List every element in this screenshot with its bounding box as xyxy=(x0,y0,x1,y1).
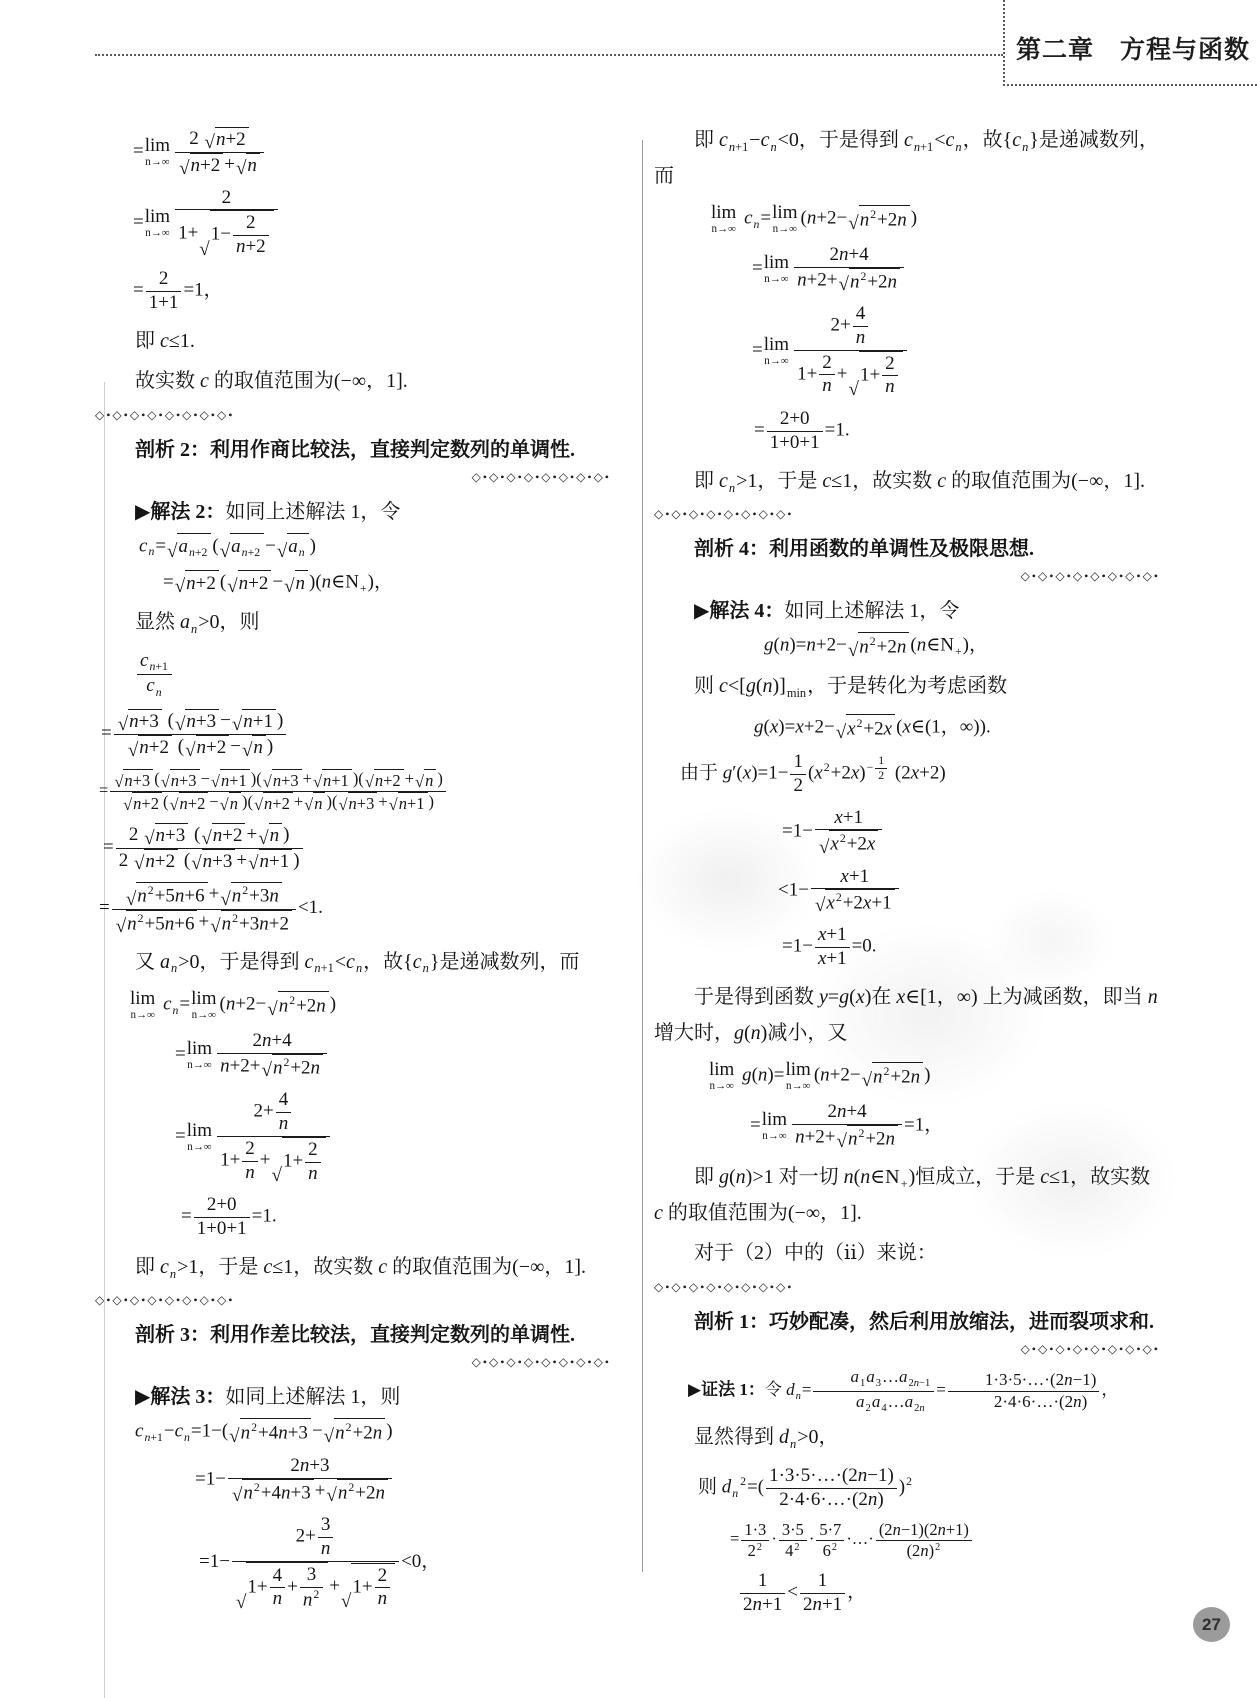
paragraph: 于是得到函数 y=g(x)在 x∈[1，∞) 上为减函数，即当 n 增大时，g(… xyxy=(654,980,1160,1051)
analysis-heading: 剖析 4：利用函数的单调性及极限思想. xyxy=(654,532,1160,561)
ornament-divider: ◇•◇•◇•◇•◇•◇•◇•◇• xyxy=(95,409,611,421)
equation-line: =limn→∞2+4n1+2n+√1+2n xyxy=(654,303,1160,399)
ornament-divider: ◇•◇•◇•◇•◇•◇•◇•◇• xyxy=(95,1294,611,1306)
equation-line: 12n+1<12n+1， xyxy=(654,1570,1160,1617)
header-dotted-rule-right xyxy=(1003,84,1257,86)
equation-line: =limn→∞2 √n+2√n+2+√n xyxy=(95,127,611,178)
equation-line: cn=√an+2(√an+2−√an) xyxy=(95,533,611,561)
equation-line: =√n+3 (√n+3−√n+1)√n+2 (√n+2−√n) xyxy=(95,709,611,760)
equation-line: =√n+2(√n+2−√n)(n∈N+)， xyxy=(95,570,611,597)
equation-line: =2+01+0+1=1. xyxy=(654,408,1160,455)
equation-line: =limn→∞2n+4n+2+√n2+2n xyxy=(654,244,1160,294)
paragraph: 即 c≤1. xyxy=(95,324,611,360)
analysis-heading: 剖析 1：巧妙配凑，然后利用放缩法，进而裂项求和. xyxy=(654,1305,1160,1334)
equation-line: =limn→∞21+√1−2n+2 xyxy=(95,187,611,259)
solution-heading: ▶解法 4：如同上述解法 1，令 xyxy=(654,594,1160,623)
ornament-divider: ◇•◇•◇•◇•◇•◇•◇•◇• xyxy=(654,1343,1160,1355)
paragraph: 又 an>0，于是得到 cn+1<cn，故{cn}是递减数列，而 xyxy=(95,945,611,981)
equation-line: limn→∞ cn=limn→∞(n+2−√n2+2n) xyxy=(95,989,611,1021)
equation-line: =21+1=1， xyxy=(95,268,611,315)
column-divider-rule xyxy=(642,140,643,1572)
ornament-divider: ◇•◇•◇•◇•◇•◇•◇•◇• xyxy=(95,1356,611,1368)
analysis-heading: 剖析 2：利用作商比较法，直接判定数列的单调性. xyxy=(95,433,611,462)
equation-line: <1−x+1√x2+2x+1 xyxy=(654,866,1160,916)
paragraph: 故实数 c 的取值范围为(−∞，1]. xyxy=(95,364,611,400)
equation-line: limn→∞ cn=limn→∞(n+2−√n2+2n) xyxy=(654,203,1160,235)
paragraph: 即 cn+1−cn<0，于是得到 cn+1<cn，故{cn}是递减数列，而 xyxy=(654,123,1160,194)
equation-line: 由于 g′(x)=1−12(x2+2x)−12 (2x+2) xyxy=(654,751,1160,798)
equation-line: limn→∞ g(n)=limn→∞(n+2−√n2+2n) xyxy=(654,1060,1160,1092)
equation-line: cn+1cn xyxy=(95,650,611,700)
solution-heading: ▶证法 1：令 dn=a1a3…a2n−1a2a4…a2n=1·3·5·…·(2… xyxy=(654,1367,1160,1415)
equation-line: =2+01+0+1=1. xyxy=(95,1194,611,1241)
paragraph: 即 cn>1，于是 c≤1，故实数 c 的取值范围为(−∞，1]. xyxy=(654,464,1160,500)
solution-heading: ▶解法 3：如同上述解法 1，则 xyxy=(95,1380,611,1409)
ornament-divider: ◇•◇•◇•◇•◇•◇•◇•◇• xyxy=(654,508,1160,520)
equation-line: =1−2n+3√n2+4n+3+√n2+2n xyxy=(95,1455,611,1505)
ornament-divider: ◇•◇•◇•◇•◇•◇•◇•◇• xyxy=(654,570,1160,582)
solution-heading: ▶解法 2：如同上述解法 1，令 xyxy=(95,495,611,524)
equation-line: =1−2+3n√1+4n+3n2+√1+2n<0， xyxy=(95,1514,611,1611)
ornament-divider: ◇•◇•◇•◇•◇•◇•◇•◇• xyxy=(654,1281,1160,1293)
paragraph: 显然得到 dn>0， xyxy=(654,1420,1160,1456)
equation-line: cn+1−cn=1−(√n2+4n+3−√n2+2n) xyxy=(95,1418,611,1446)
equation-line: =limn→∞2+4n1+2n+√1+2n xyxy=(95,1089,611,1185)
page-number-badge: 27 xyxy=(1193,1607,1230,1642)
header-dotted-rule-vertical xyxy=(1003,0,1005,86)
paragraph: 即 g(n)>1 对一切 n(n∈N+)恒成立，于是 c≤1，故实数 c 的取值… xyxy=(654,1160,1160,1231)
paragraph: 显然 an>0，则 xyxy=(95,605,611,641)
column-left: =limn→∞2 √n+2√n+2+√n=limn→∞21+√1−2n+2=21… xyxy=(95,118,611,1621)
equation-line: =1−x+1x+1=0. xyxy=(654,924,1160,971)
equation-line: =1−x+1√x2+2x xyxy=(654,807,1160,857)
equation-line: =1·322·3·542·5·762·…·(2n−1)(2n+1)(2n)2 xyxy=(654,1520,1160,1561)
equation-line: =√n2+5n+6+√n2+3n√n2+5n+6+√n2+3n+2<1. xyxy=(95,882,611,935)
chapter-title: 第二章 方程与函数 xyxy=(1016,30,1250,66)
equation-line: =√n+3(√n+3−√n+1)(√n+3+√n+1)(√n+2+√n)√n+2… xyxy=(95,769,611,814)
header-dotted-rule-left xyxy=(95,54,1003,56)
equation-line: g(x)=x+2−√x2+2x(x∈(1，∞)). xyxy=(654,714,1160,742)
equation-line: =2 √n+3 (√n+2+√n)2 √n+2 (√n+3+√n+1) xyxy=(95,823,611,874)
book-page-scan: 第二章 方程与函数 =limn→∞2 √n+2√n+2+√n=limn→∞21+… xyxy=(0,0,1257,1698)
paragraph: 则 c<[g(n)]min，于是转化为考虑函数 xyxy=(654,669,1160,705)
paragraph: 即 cn>1，于是 c≤1，故实数 c 的取值范围为(−∞，1]. xyxy=(95,1250,611,1286)
equation-line: =limn→∞2n+4n+2+√n2+2n xyxy=(95,1030,611,1080)
analysis-heading: 剖析 3：利用作差比较法，直接判定数列的单调性. xyxy=(95,1318,611,1347)
equation-line: g(n)=n+2−√n2+2n(n∈N+)， xyxy=(654,632,1160,660)
ornament-divider: ◇•◇•◇•◇•◇•◇•◇•◇• xyxy=(95,471,611,483)
paragraph: 对于（2）中的（ⅱ）来说： xyxy=(654,1236,1160,1272)
column-right: 即 cn+1−cn<0，于是得到 cn+1<cn，故{cn}是递减数列，而lim… xyxy=(654,118,1160,1626)
equation-line: =limn→∞2n+4n+2+√n2+2n=1， xyxy=(654,1101,1160,1151)
equation-line: 则 dn2=(1·3·5·…·(2n−1)2·4·6·…·(2n))2 xyxy=(654,1465,1160,1512)
